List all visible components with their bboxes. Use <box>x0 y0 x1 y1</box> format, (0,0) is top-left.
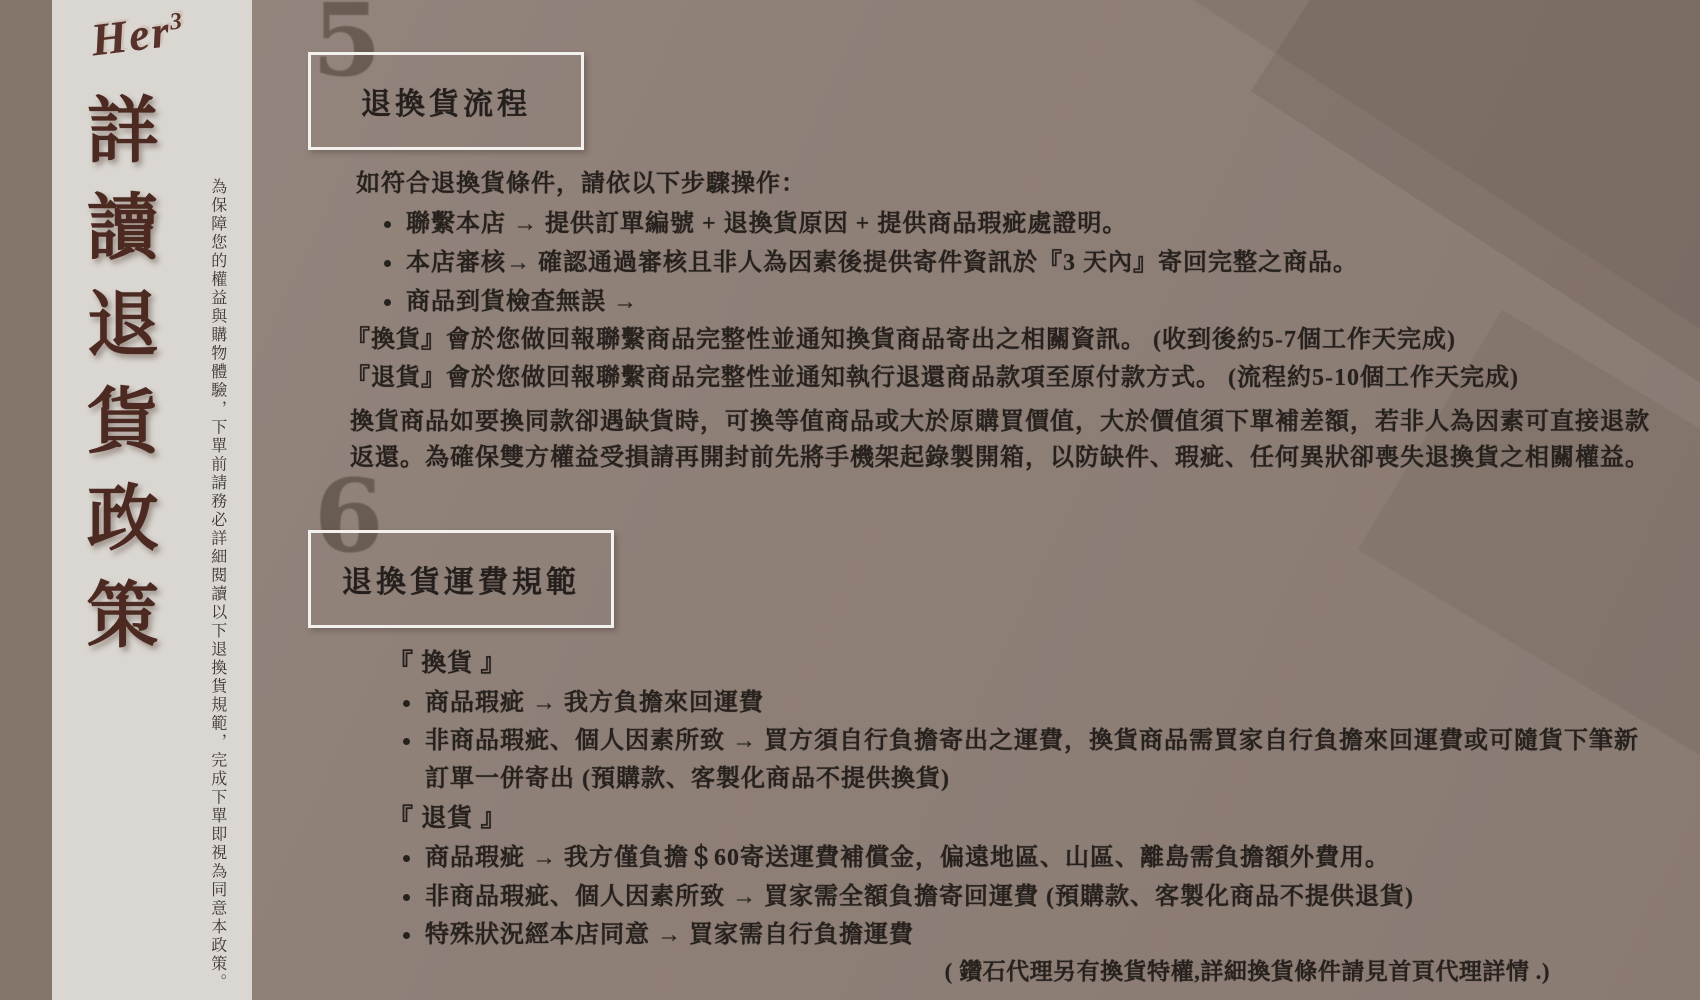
refund-bullet-3: 特殊狀況經本店同意 → 買家需自行負擔運費 <box>425 919 914 951</box>
window-shadow-band-2 <box>1251 0 1700 636</box>
section5-intro: 如符合退換貨條件，請依以下步驟操作： <box>356 168 806 200</box>
section6-title: 退換貨運費規範 <box>342 557 580 601</box>
exchange-label: 『 換貨 』 <box>388 648 507 680</box>
section5-paragraph-line-1: 換貨商品如要換同款卻遇缺貨時，可換等值商品或大於原購買價值，大於價值須下單補差額… <box>350 406 1650 438</box>
section5-step-1: 聯繫本店 → 提供訂單編號 + 退換貨原因 + 提供商品瑕疵處證明。 <box>406 208 1127 240</box>
agent-footnote: ( 鑽石代理另有換貨特權,詳細換貨條件請見首頁代理詳情 .) <box>945 956 1550 988</box>
return-policy-poster: Her3 詳讀退貨政策 為保障您的權益與購物體驗，下單前請務必詳細閱讀以下退換貨… <box>0 0 1700 1000</box>
section5-paragraph-line-2: 返還。為確保雙方權益受損請再開封前先將手機架起錄製開箱，以防缺件、瑕疵、任何異狀… <box>350 442 1650 474</box>
vertical-page-title: 詳讀退貨政策 <box>74 92 157 674</box>
exchange-bullet-2-line1: 非商品瑕疵、個人因素所致 → 買方須自行負擔寄出之運費，換貨商品需買家自行負擔來… <box>425 725 1639 757</box>
section5-step-2: 本店審核→ 確認通過審核且非人為因素後提供寄件資訊於『3 天內』寄回完整之商品。 <box>406 247 1358 279</box>
brand-logo-text: Her <box>88 5 174 65</box>
refund-bullet-1: 商品瑕疵 → 我方僅負擔＄60寄送運費補償金，偏遠地區、山區、離島需負擔額外費用… <box>425 842 1390 874</box>
section5-step-3: 商品到貨檢查無誤 → <box>406 286 638 318</box>
section5-refund-detail: 『退貨』會於您做回報聯繫商品完整性並通知執行退還商品款項至原付款方式。 (流程約… <box>346 362 1519 394</box>
section5-header-box: 退換貨流程 <box>308 52 584 150</box>
window-shadow-band-3 <box>1358 310 1700 911</box>
refund-label: 『 退貨 』 <box>388 803 507 835</box>
exchange-bullet-2-line2: 訂單一併寄出 (預購款、客製化商品不提供換貨) <box>425 763 950 795</box>
section5-exchange-detail: 『換貨』會於您做回報聯繫商品完整性並通知換貨商品寄出之相關資訊。 (收到後約5-… <box>346 324 1456 356</box>
section6-header-box: 退換貨運費規範 <box>308 530 614 628</box>
brand-logo-superscript: 3 <box>168 8 185 36</box>
section5-title: 退換貨流程 <box>361 79 531 123</box>
vertical-policy-note: 為保障您的權益與購物體驗，下單前請務必詳細閱讀以下退換貨規範，完成下單即視為同意… <box>206 178 227 998</box>
refund-bullet-2: 非商品瑕疵、個人因素所致 → 買家需全額負擔寄回運費 (預購款、客製化商品不提供… <box>425 881 1414 913</box>
left-rail <box>0 0 52 1000</box>
exchange-bullet-1: 商品瑕疵 → 我方負擔來回運費 <box>425 687 764 719</box>
